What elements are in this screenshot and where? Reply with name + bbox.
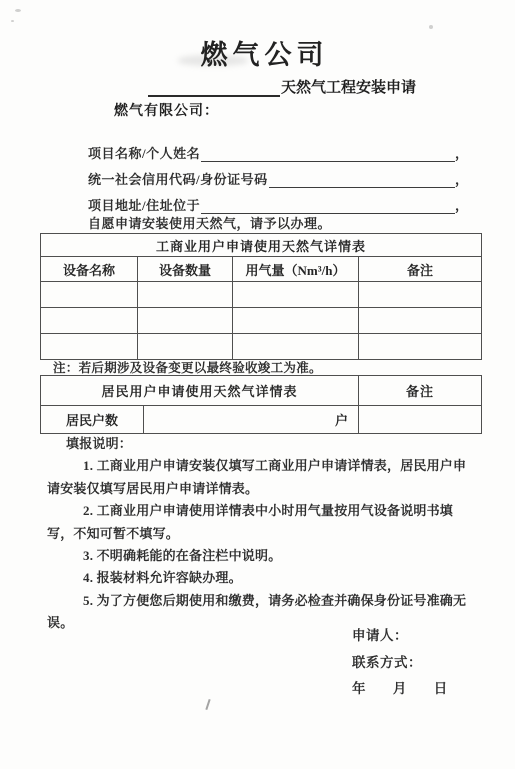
table-title-row: 工商业用户申请使用天然气详情表	[41, 234, 482, 257]
field-label: 统一社会信用代码/身份证号码	[88, 169, 268, 188]
applicant-fields: 项目名称/个人姓名 ， 统一社会信用代码/身份证号码 ， 项目地址/住址位于 ，	[88, 144, 463, 222]
date-month-label: 月	[393, 681, 407, 696]
field-project-address: 项目地址/住址位于 ，	[88, 196, 463, 214]
cell-remarks	[359, 334, 482, 360]
pen-mark	[205, 699, 210, 710]
col-gas-usage: 用气量（Nm³/h）	[233, 257, 359, 282]
scanned-form-page: 燃气公司 天然气工程安装申请 燃气有限公司： 项目名称/个人姓名 ， 统一社会信…	[0, 0, 515, 769]
credit-code-blank-line	[269, 173, 455, 188]
salutation: 燃气有限公司：	[114, 100, 219, 120]
cell-remarks	[359, 308, 482, 334]
field-suffix: ，	[455, 169, 463, 188]
instructions-heading: 填报说明：	[66, 433, 471, 455]
cell-gas-usage	[233, 282, 359, 308]
subtitle-text: 天然气工程安装申请	[281, 76, 416, 97]
project-name-blank-line	[201, 147, 455, 162]
resident-count-label: 居民户数	[41, 406, 144, 434]
cell-remarks	[359, 406, 482, 434]
scan-speckle	[15, 9, 21, 12]
resident-users-table: 居民用户申请使用天然气详情表 备注 居民户数 户	[40, 375, 482, 434]
instruction-item-4: 4. 报装材料允许容缺办理。	[47, 567, 471, 589]
document-subtitle: 天然气工程安装申请	[148, 76, 416, 97]
field-label: 项目地址/住址位于	[88, 195, 200, 214]
cell-gas-usage	[233, 308, 359, 334]
table-row	[41, 334, 482, 360]
cell-device-qty	[138, 282, 233, 308]
signature-block: 申请人： 联系方式： 年 月 日	[352, 624, 448, 704]
col-remarks: 备注	[359, 257, 482, 282]
field-suffix: ，	[455, 143, 463, 162]
project-address-blank-line	[201, 199, 455, 214]
cell-device-name	[41, 308, 138, 334]
date-year-label: 年	[352, 681, 366, 696]
contact-label: 联系方式：	[352, 651, 448, 668]
resident-count-unit: 户	[144, 406, 359, 434]
pledge-statement: 自愿申请安装使用天然气，请予以办理。	[88, 213, 331, 232]
field-project-name: 项目名称/个人姓名 ，	[88, 144, 463, 162]
cell-gas-usage	[233, 334, 359, 360]
field-label: 项目名称/个人姓名	[88, 143, 200, 162]
resident-table-title: 居民用户申请使用天然气详情表	[41, 376, 359, 406]
table-note: 注：若后期涉及设备变更以最终验收竣工为准。	[53, 358, 322, 376]
table-header-row: 设备名称 设备数量 用气量（Nm³/h） 备注	[41, 257, 482, 282]
col-device-qty: 设备数量	[138, 257, 233, 282]
scan-speckle	[429, 25, 433, 29]
cell-device-qty	[138, 308, 233, 334]
col-device-name: 设备名称	[41, 257, 138, 282]
scan-speckle	[11, 20, 14, 22]
document-title: 燃气公司	[0, 33, 515, 72]
instruction-item-3: 3. 不明确耗能的在备注栏中说明。	[47, 545, 471, 567]
table-row: 居民户数 户	[41, 406, 482, 434]
instruction-item-1: 1. 工商业用户申请安装仅填写工商业用户申请详情表，居民用户申请安装仅填写居民用…	[47, 455, 471, 500]
cell-device-name	[41, 334, 138, 360]
field-suffix: ，	[455, 195, 463, 214]
commercial-table-title: 工商业用户申请使用天然气详情表	[41, 234, 482, 257]
field-credit-code: 统一社会信用代码/身份证号码 ，	[88, 170, 463, 188]
filling-instructions: 填报说明： 1. 工商业用户申请安装仅填写工商业用户申请详情表，居民用户申请安装…	[47, 433, 471, 635]
table-title-row: 居民用户申请使用天然气详情表 备注	[41, 376, 482, 406]
cell-device-qty	[138, 334, 233, 360]
date-day-label: 日	[434, 681, 448, 696]
cell-remarks	[359, 282, 482, 308]
table-row	[41, 282, 482, 308]
date-line: 年 月 日	[352, 677, 448, 694]
cell-device-name	[41, 282, 138, 308]
company-name-blank-line	[148, 81, 280, 97]
instruction-item-2: 2. 工商业用户申请使用详情表中小时用气量按用气设备说明书填写，不知可暂不填写。	[47, 500, 471, 545]
table-row	[41, 308, 482, 334]
col-remarks: 备注	[359, 376, 482, 406]
commercial-users-table: 工商业用户申请使用天然气详情表 设备名称 设备数量 用气量（Nm³/h） 备注	[40, 233, 482, 360]
applicant-label: 申请人：	[352, 624, 448, 641]
